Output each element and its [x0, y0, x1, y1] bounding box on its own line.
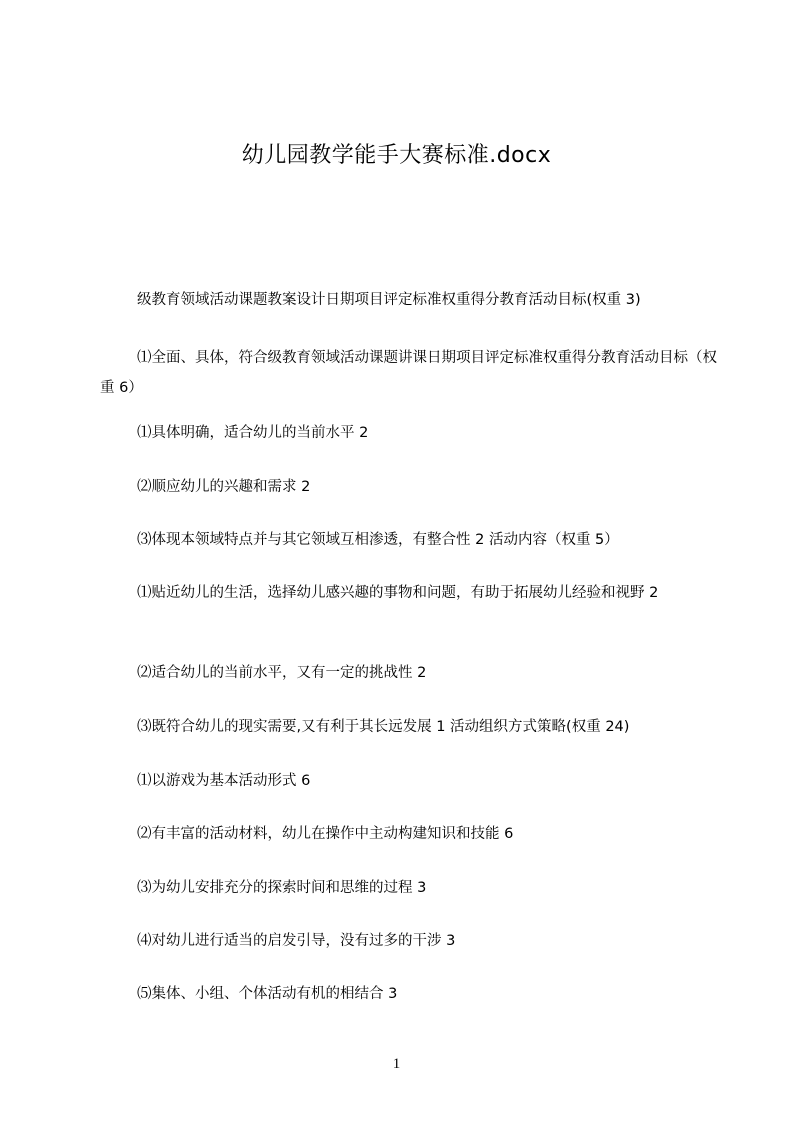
paragraph-12: ⑷对幼儿进行适当的启发引导，没有过多的干涉 3: [137, 926, 757, 956]
paragraph-5: ⑶体现本领域特点并与其它领域互相渗透，有整合性 2 活动内容（权重 5）: [137, 525, 737, 555]
paragraph-9: ⑴以游戏为基本活动形式 6: [137, 766, 757, 796]
paragraph-3: ⑴具体明确，适合幼儿的当前水平 2: [137, 418, 757, 448]
paragraph-11: ⑶为幼儿安排充分的探索时间和思维的过程 3: [137, 873, 757, 903]
document-page: 幼儿园教学能手大赛标准.docx 级教育领域活动课题教案设计日期项目评定标准权重…: [0, 0, 793, 1122]
paragraph-1: 级教育领域活动课题教案设计日期项目评定标准权重得分教育活动目标(权重 3): [137, 285, 737, 315]
paragraph-10: ⑵有丰富的活动材料，幼儿在操作中主动构建知识和技能 6: [137, 819, 757, 849]
paragraph-4: ⑵顺应幼儿的兴趣和需求 2: [137, 472, 757, 502]
paragraph-2: ⑴全面、具体，符合级教育领域活动课题讲课日期项目评定标准权重得分教育活动目标（权…: [100, 343, 720, 403]
paragraph-13: ⑸集体、小组、个体活动有机的相结合 3: [137, 979, 757, 1009]
document-title: 幼儿园教学能手大赛标准.docx: [0, 140, 793, 172]
page-number: 1: [0, 1054, 793, 1074]
paragraph-6: ⑴贴近幼儿的生活，选择幼儿感兴趣的事物和问题，有助于拓展幼儿经验和视野 2: [100, 578, 720, 608]
paragraph-7: ⑵适合幼儿的当前水平，又有一定的挑战性 2: [137, 658, 757, 688]
paragraph-8: ⑶既符合幼儿的现实需要,又有利于其长远发展 1 活动组织方式策略(权重 24): [137, 712, 737, 742]
